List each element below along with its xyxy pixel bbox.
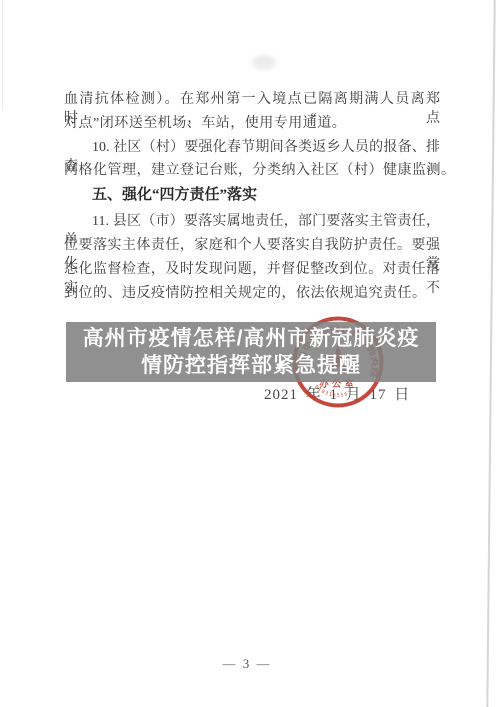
body-line: 态化监督检查，及时发现问题，并督促整改到位。对责任落实不 <box>64 260 440 280</box>
banner-title-line2: 情防控指挥部紧急提醒 <box>66 352 436 379</box>
scan-edge-line <box>486 0 495 707</box>
scanned-document-page: { "page": { "number": "— 3 —", "backgrou… <box>0 0 500 707</box>
scan-edge-line-left <box>2 0 3 110</box>
body-line: 11. 县区（市）要落实属地责任，部门要落实主管责任，单 <box>64 212 440 232</box>
body-line: 网格化管理，建立登记台账，分类纳入社区（村）健康监测。 <box>64 161 440 181</box>
body-line: 10. 社区（村）要强化春节期间各类返乡人员的报备、排查、 <box>64 138 440 158</box>
body-line: 血清抗体检测）。在郑州第一入境点已隔离期满人员离郑时，“点 <box>64 90 440 110</box>
banner-title-line1: 高州市疫情怎样/高州市新冠肺炎疫 <box>66 325 436 352</box>
scan-smudge <box>252 55 276 70</box>
section-heading: 五、强化“四方责任”落实 <box>64 186 440 206</box>
overlay-banner: 高州市疫情怎样/高州市新冠肺炎疫 情防控指挥部紧急提醒 <box>66 322 436 382</box>
page-number: — 3 — <box>0 656 494 672</box>
body-line: 位要落实主体责任，家庭和个人要落实自我防护责任。要强化常 <box>64 236 440 256</box>
body-line: 到位的、违反疫情防控相关规定的，依法依规追究责任。 <box>64 284 440 304</box>
body-line: 对点”闭环送至机场、车站，使用专用通道。 <box>64 114 440 134</box>
